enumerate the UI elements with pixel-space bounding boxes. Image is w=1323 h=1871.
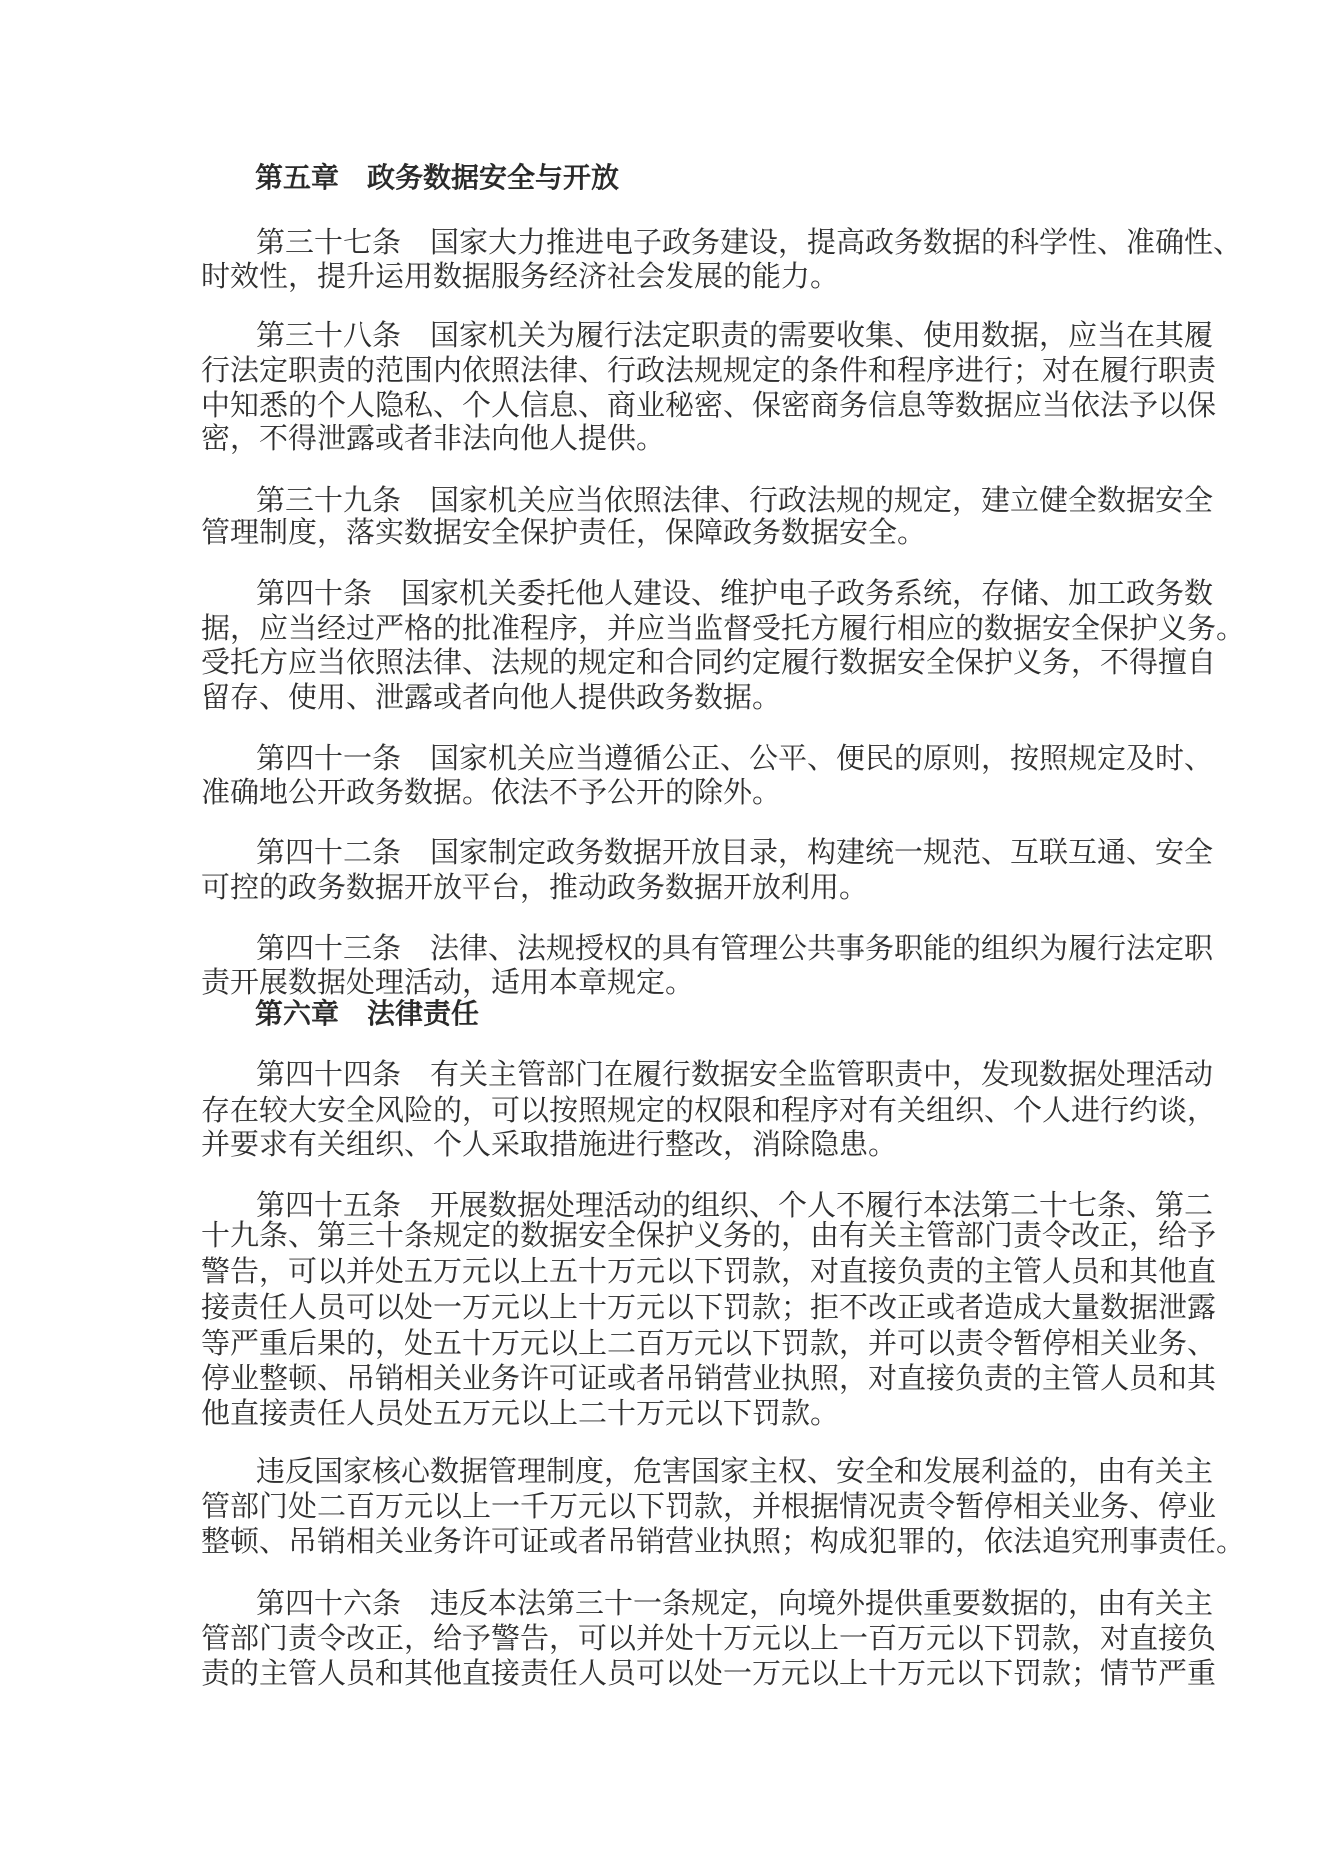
paragraph-line: 准确地公开政务数据。依法不予公开的除外。 [201,774,1120,810]
paragraph-line: 接责任人员可以处一万元以上十万元以下罚款；拒不改正或者造成大量数据泄露 [201,1289,1120,1325]
paragraph-line: 据，应当经过严格的批准程序，并应当监督受托方履行相应的数据安全保护义务。 [201,610,1120,646]
paragraph-line: 警告，可以并处五万元以上五十万元以下罚款，对直接负责的主管人员和其他直 [201,1253,1120,1289]
paragraph-line: 第四十二条 国家制定政务数据开放目录，构建统一规范、互联互通、安全 [256,834,1120,870]
paragraph-line: 可控的政务数据开放平台，推动政务数据开放利用。 [201,869,1120,905]
paragraph-line: 第四十三条 法律、法规授权的具有管理公共事务职能的组织为履行法定职 [256,930,1120,966]
paragraph-line: 行法定职责的范围内依照法律、行政法规规定的条件和程序进行；对在履行职责 [201,352,1120,388]
paragraph-line: 第三十七条 国家大力推进电子政务建设，提高政务数据的科学性、准确性、 [256,224,1120,260]
paragraph-line: 整顿、吊销相关业务许可证或者吊销营业执照；构成犯罪的，依法追究刑事责任。 [201,1523,1120,1559]
paragraph-line: 密，不得泄露或者非法向他人提供。 [201,420,1120,456]
paragraph-line: 并要求有关组织、个人采取措施进行整改，消除隐患。 [201,1126,1120,1162]
paragraph-line: 第三十八条 国家机关为履行法定职责的需要收集、使用数据，应当在其履 [256,317,1120,353]
paragraph-line: 中知悉的个人隐私、个人信息、商业秘密、保密商务信息等数据应当依法予以保 [201,387,1120,423]
paragraph-line: 责的主管人员和其他直接责任人员可以处一万元以上十万元以下罚款；情节严重 [201,1655,1120,1691]
paragraph-line: 停业整顿、吊销相关业务许可证或者吊销营业执照，对直接负责的主管人员和其 [201,1360,1120,1396]
paragraph-line: 留存、使用、泄露或者向他人提供政务数据。 [201,679,1120,715]
paragraph-line: 第四十一条 国家机关应当遵循公正、公平、便民的原则，按照规定及时、 [256,740,1120,776]
chapter-heading: 第五章 政务数据安全与开放 [255,160,619,196]
paragraph-line: 受托方应当依照法律、法规的规定和合同约定履行数据安全保护义务，不得擅自 [201,644,1120,680]
paragraph-line: 第三十九条 国家机关应当依照法律、行政法规的规定，建立健全数据安全 [256,482,1120,518]
paragraph-line: 管部门责令改正，给予警告，可以并处十万元以上一百万元以下罚款，对直接负 [201,1620,1120,1656]
paragraph-line: 第四十六条 违反本法第三十一条规定，向境外提供重要数据的，由有关主 [256,1585,1120,1621]
paragraph-line: 存在较大安全风险的，可以按照规定的权限和程序对有关组织、个人进行约谈， [201,1092,1120,1128]
chapter-heading: 第六章 法律责任 [255,996,479,1032]
paragraph-line: 第四十四条 有关主管部门在履行数据安全监管职责中，发现数据处理活动 [256,1056,1120,1092]
paragraph-line: 十九条、第三十条规定的数据安全保护义务的，由有关主管部门责令改正，给予 [201,1217,1120,1253]
paragraph-line: 违反国家核心数据管理制度，危害国家主权、安全和发展利益的，由有关主 [256,1453,1120,1489]
document-page: 第五章 政务数据安全与开放 第三十七条 国家大力推进电子政务建设，提高政务数据的… [0,0,1323,1871]
paragraph-line: 第四十条 国家机关委托他人建设、维护电子政务系统，存储、加工政务数 [256,575,1120,611]
paragraph-line: 等严重后果的，处五十万元以上二百万元以下罚款，并可以责令暂停相关业务、 [201,1325,1120,1361]
paragraph-line: 时效性，提升运用数据服务经济社会发展的能力。 [201,258,1120,294]
paragraph-line: 管理制度，落实数据安全保护责任，保障政务数据安全。 [201,514,1120,550]
paragraph-line: 管部门处二百万元以上一千万元以下罚款，并根据情况责令暂停相关业务、停业 [201,1488,1120,1524]
paragraph-line: 责开展数据处理活动，适用本章规定。 [201,964,1120,1000]
paragraph-line: 他直接责任人员处五万元以上二十万元以下罚款。 [201,1395,1120,1431]
